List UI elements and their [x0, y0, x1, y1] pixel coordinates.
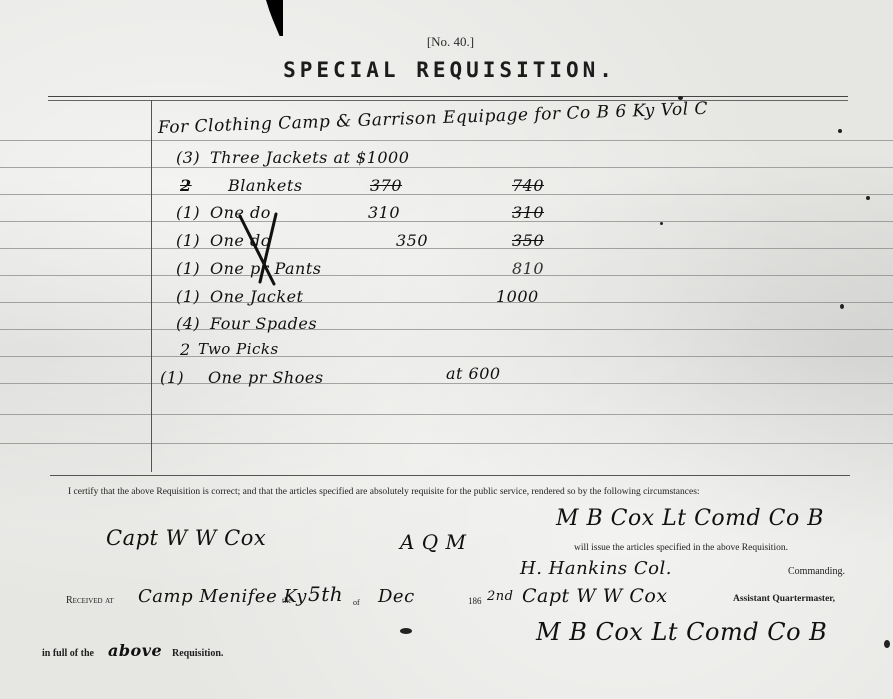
ink-speck: [866, 196, 870, 200]
ruled-line: [0, 221, 893, 222]
ruled-line: [0, 414, 893, 415]
item-description: Blankets: [228, 176, 303, 195]
ink-speck: [840, 304, 844, 309]
received-at-label: Received at: [66, 595, 114, 606]
commanding-signature: H. Hankins Col.: [520, 558, 672, 579]
item-price: at 600: [446, 364, 501, 383]
received-month: Dec: [378, 586, 415, 607]
ruled-line: [0, 329, 893, 330]
aqm-signature: Capt W W Cox: [522, 585, 668, 607]
requisition-heading: For Clothing Camp & Garrison Equipage fo…: [158, 99, 709, 138]
item-qty: (1): [176, 203, 200, 222]
quartermaster-name: Capt W W Cox: [106, 526, 266, 550]
ruled-line: [0, 167, 893, 168]
header-rule: [48, 96, 848, 101]
commanding-label: Commanding.: [788, 566, 845, 577]
item-total: 810: [512, 259, 544, 278]
item-description: One pr Shoes: [208, 368, 324, 387]
receipt-signature: M B Cox Lt Comd Co B: [536, 618, 827, 646]
will-issue-text: will issue the articles specified in the…: [574, 543, 788, 553]
item-total: 310: [512, 203, 544, 222]
item-qty: 2: [180, 176, 192, 195]
ruled-line: [0, 443, 893, 444]
item-qty: 2: [180, 340, 191, 359]
document-title: SPECIAL REQUISITION.: [0, 58, 893, 82]
in-full-label: in full of the: [42, 648, 94, 659]
ruled-line: [0, 356, 893, 357]
item-price: 370: [370, 176, 402, 195]
item-description: Three Jackets at $1000: [210, 148, 409, 167]
issuer-title: A Q M: [400, 530, 467, 554]
in-full-hand: above: [108, 641, 162, 660]
item-qty: (1): [176, 231, 200, 250]
ruled-line: [0, 194, 893, 195]
received-day: 5th: [308, 582, 343, 606]
item-qty: (1): [176, 287, 200, 306]
item-qty: (1): [160, 368, 184, 387]
certification-statement: I certify that the above Requisition is …: [68, 487, 700, 497]
item-qty: (1): [176, 259, 200, 278]
year-suffix: 2nd: [487, 589, 513, 604]
requisition-document: [No. 40.] SPECIAL REQUISITION. For Cloth…: [0, 0, 893, 699]
cross-out-mark: [238, 212, 278, 288]
ruled-line: [0, 248, 893, 249]
torn-corner: [266, 0, 283, 36]
item-price: 350: [396, 231, 428, 250]
margin-line: [151, 100, 152, 472]
ink-speck: [838, 129, 842, 133]
item-description: Two Picks: [198, 340, 279, 358]
year-prefix: 186: [468, 596, 482, 606]
ink-speck: [884, 640, 890, 648]
ruled-line: [0, 383, 893, 384]
bottom-rule: [50, 475, 850, 476]
requisition-label: Requisition.: [172, 648, 223, 659]
item-description: One Jacket: [210, 287, 303, 306]
item-description: Four Spades: [210, 314, 317, 333]
item-price: 310: [368, 203, 400, 222]
the-label: the: [282, 596, 292, 605]
ink-blot: [400, 628, 412, 634]
certifying-signature: M B Cox Lt Comd Co B: [556, 506, 824, 531]
item-total: 740: [512, 176, 544, 195]
ink-speck: [660, 222, 663, 225]
aqm-label: Assistant Quartermaster,: [733, 594, 835, 604]
form-number: [No. 40.]: [0, 34, 893, 50]
ruled-line: [0, 140, 893, 141]
item-qty: (3): [176, 148, 200, 167]
item-qty: (4): [176, 314, 200, 333]
item-total: 350: [512, 231, 544, 250]
ink-speck: [678, 96, 683, 100]
ruled-line: [0, 302, 893, 303]
of-label: of: [353, 598, 360, 607]
ruled-line: [0, 275, 893, 276]
item-total: 1000: [496, 287, 539, 306]
